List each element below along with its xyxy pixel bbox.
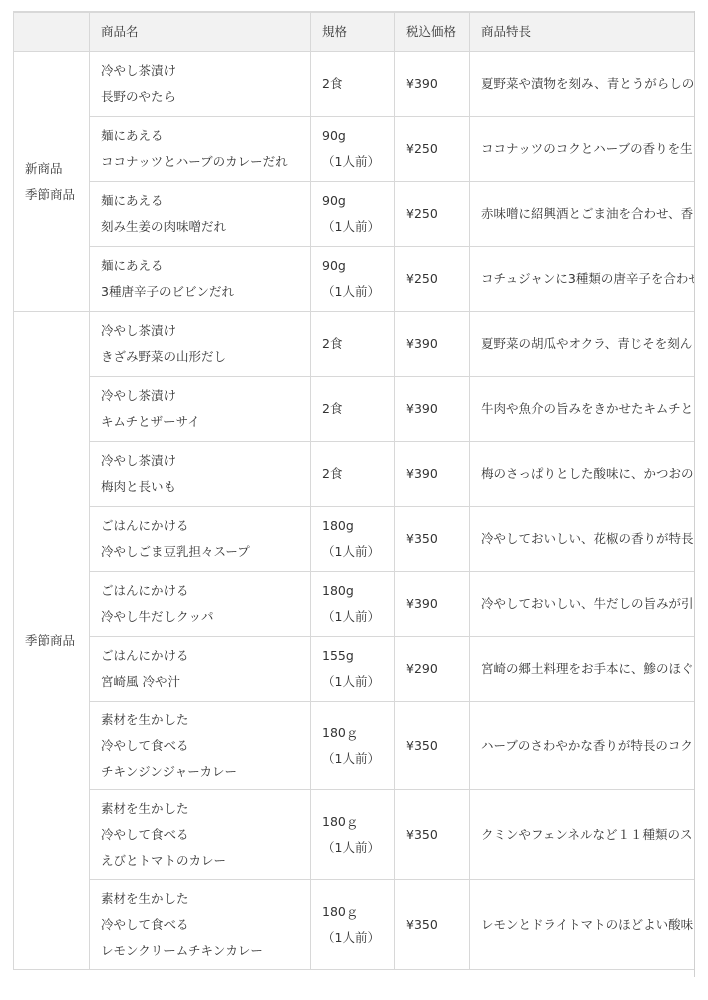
spec-line: 180ｇ	[322, 720, 383, 746]
product-name-line: レモンクリームチキンカレー	[101, 938, 299, 964]
spec-cell: 180g （1人前）	[311, 507, 395, 572]
spec-line: 2食	[322, 461, 383, 487]
spec-line: 155g	[322, 643, 383, 669]
price-cell: ¥250	[395, 247, 470, 312]
product-name-line: 梅肉と長いも	[101, 474, 299, 500]
feature-cell: コチュジャンに3種類の唐辛子を合わせ	[470, 247, 696, 312]
table-row: 新商品 季節商品 冷やし茶漬け 長野のやたら 2食 ¥390 夏野菜や漬物を刻み…	[14, 52, 696, 117]
product-name-line: 冷やして食べる	[101, 733, 299, 759]
spec-line: 90g	[322, 123, 383, 149]
spec-cell: 180ｇ （1人前）	[311, 702, 395, 790]
header-category	[14, 12, 90, 52]
spec-line: 2食	[322, 331, 383, 357]
category-label: 新商品	[25, 156, 78, 182]
product-name-line: ココナッツとハーブのカレーだれ	[101, 149, 299, 175]
product-name-cell: 冷やし茶漬け きざみ野菜の山形だし	[90, 312, 311, 377]
product-name-line: 素材を生かした	[101, 707, 299, 733]
spec-line: 180g	[322, 578, 383, 604]
product-name-line: 素材を生かした	[101, 796, 299, 822]
table-row: 麺にあえる 刻み生姜の肉味噌だれ 90g （1人前） ¥250 赤味噌に紹興酒と…	[14, 182, 696, 247]
spec-line: 2食	[322, 396, 383, 422]
product-name-line: えびとトマトのカレー	[101, 848, 299, 874]
price-cell: ¥250	[395, 117, 470, 182]
price-cell: ¥350	[395, 880, 470, 970]
spec-cell: 155g （1人前）	[311, 637, 395, 702]
product-name-line: 冷やして食べる	[101, 822, 299, 848]
product-name-line: 冷やし茶漬け	[101, 58, 299, 84]
spec-line: 90g	[322, 188, 383, 214]
feature-cell: 梅のさっぱりとした酸味に、かつおの	[470, 442, 696, 507]
spec-cell: 180ｇ （1人前）	[311, 790, 395, 880]
spec-cell: 90g （1人前）	[311, 247, 395, 312]
table-row: ごはんにかける 冷やし牛だしクッパ 180g （1人前） ¥390 冷やしておい…	[14, 572, 696, 637]
category-cell: 新商品 季節商品	[14, 52, 90, 312]
product-name-line: 冷やし茶漬け	[101, 383, 299, 409]
category-label: 季節商品	[25, 182, 78, 208]
table-row: 素材を生かした 冷やして食べる レモンクリームチキンカレー 180ｇ （1人前）…	[14, 880, 696, 970]
product-name-line: チキンジンジャーカレー	[101, 759, 299, 785]
spec-line: （1人前）	[322, 746, 383, 772]
spec-line: （1人前）	[322, 279, 383, 305]
table-row: ごはんにかける 冷やしごま豆乳担々スープ 180g （1人前） ¥350 冷やし…	[14, 507, 696, 572]
spec-cell: 2食	[311, 52, 395, 117]
spec-line: 2食	[322, 71, 383, 97]
spec-cell: 2食	[311, 377, 395, 442]
product-name-cell: 冷やし茶漬け キムチとザーサイ	[90, 377, 311, 442]
product-name-line: 冷やし茶漬け	[101, 448, 299, 474]
product-name-cell: 冷やし茶漬け 長野のやたら	[90, 52, 311, 117]
spec-line: （1人前）	[322, 214, 383, 240]
product-name-line: 冷やし茶漬け	[101, 318, 299, 344]
feature-cell: 夏野菜や漬物を刻み、青とうがらしの	[470, 52, 696, 117]
product-name-cell: 素材を生かした 冷やして食べる えびとトマトのカレー	[90, 790, 311, 880]
spec-cell: 2食	[311, 442, 395, 507]
table-row: 季節商品 冷やし茶漬け きざみ野菜の山形だし 2食 ¥390 夏野菜の胡瓜やオク…	[14, 312, 696, 377]
product-name-line: 刻み生姜の肉味噌だれ	[101, 214, 299, 240]
product-name-line: キムチとザーサイ	[101, 409, 299, 435]
feature-cell: 夏野菜の胡瓜やオクラ、青じそを刻ん	[470, 312, 696, 377]
category-cell: 季節商品	[14, 312, 90, 970]
spec-cell: 2食	[311, 312, 395, 377]
spec-line: （1人前）	[322, 149, 383, 175]
header-price: 税込価格	[395, 12, 470, 52]
product-name-line: 長野のやたら	[101, 84, 299, 110]
product-name-cell: ごはんにかける 冷やしごま豆乳担々スープ	[90, 507, 311, 572]
product-table: 商品名 規格 税込価格 商品特長 新商品 季節商品 冷やし茶漬け 長野のやたら …	[13, 11, 695, 970]
table-row: 素材を生かした 冷やして食べる えびとトマトのカレー 180ｇ （1人前） ¥3…	[14, 790, 696, 880]
product-name-cell: ごはんにかける 冷やし牛だしクッパ	[90, 572, 311, 637]
product-name-cell: 素材を生かした 冷やして食べる チキンジンジャーカレー	[90, 702, 311, 790]
spec-line: 180ｇ	[322, 809, 383, 835]
price-cell: ¥390	[395, 52, 470, 117]
price-cell: ¥390	[395, 442, 470, 507]
table-row: ごはんにかける 宮崎風 冷や汁 155g （1人前） ¥290 宮崎の郷土料理を…	[14, 637, 696, 702]
feature-cell: 宮崎の郷土料理をお手本に、鯵のほぐ	[470, 637, 696, 702]
price-cell: ¥350	[395, 790, 470, 880]
product-table-viewport: 商品名 規格 税込価格 商品特長 新商品 季節商品 冷やし茶漬け 長野のやたら …	[13, 11, 695, 977]
header-features: 商品特長	[470, 12, 696, 52]
price-cell: ¥390	[395, 377, 470, 442]
product-name-line: 麺にあえる	[101, 188, 299, 214]
feature-cell: レモンとドライトマトのほどよい酸味	[470, 880, 696, 970]
product-name-cell: 素材を生かした 冷やして食べる レモンクリームチキンカレー	[90, 880, 311, 970]
price-cell: ¥390	[395, 312, 470, 377]
product-name-line: 麺にあえる	[101, 123, 299, 149]
price-cell: ¥350	[395, 507, 470, 572]
table-row: 素材を生かした 冷やして食べる チキンジンジャーカレー 180ｇ （1人前） ¥…	[14, 702, 696, 790]
spec-cell: 180g （1人前）	[311, 572, 395, 637]
spec-line: （1人前）	[322, 925, 383, 951]
product-name-cell: 麺にあえる ココナッツとハーブのカレーだれ	[90, 117, 311, 182]
product-name-cell: 麺にあえる 刻み生姜の肉味噌だれ	[90, 182, 311, 247]
product-name-line: 宮崎風 冷や汁	[101, 669, 299, 695]
spec-cell: 90g （1人前）	[311, 117, 395, 182]
spec-line: 180g	[322, 513, 383, 539]
spec-line: （1人前）	[322, 835, 383, 861]
feature-cell: 冷やしておいしい、花椒の香りが特長	[470, 507, 696, 572]
product-name-line: 冷やしごま豆乳担々スープ	[101, 539, 299, 565]
product-name-cell: 冷やし茶漬け 梅肉と長いも	[90, 442, 311, 507]
spec-line: （1人前）	[322, 604, 383, 630]
product-name-line: 冷やして食べる	[101, 912, 299, 938]
product-name-line: ごはんにかける	[101, 643, 299, 669]
product-name-line: 素材を生かした	[101, 886, 299, 912]
category-label: 季節商品	[25, 628, 78, 654]
table-header-row: 商品名 規格 税込価格 商品特長	[14, 12, 696, 52]
product-name-cell: 麺にあえる 3種唐辛子のビビンだれ	[90, 247, 311, 312]
feature-cell: ココナッツのコクとハーブの香りを生	[470, 117, 696, 182]
product-name-line: きざみ野菜の山形だし	[101, 344, 299, 370]
header-spec: 規格	[311, 12, 395, 52]
table-row: 麺にあえる 3種唐辛子のビビンだれ 90g （1人前） ¥250 コチュジャンに…	[14, 247, 696, 312]
feature-cell: 冷やしておいしい、牛だしの旨みが引	[470, 572, 696, 637]
spec-cell: 180ｇ （1人前）	[311, 880, 395, 970]
product-name-line: ごはんにかける	[101, 513, 299, 539]
price-cell: ¥250	[395, 182, 470, 247]
product-name-line: ごはんにかける	[101, 578, 299, 604]
feature-cell: 赤味噌に紹興酒とごま油を合わせ、香	[470, 182, 696, 247]
product-name-line: 冷やし牛だしクッパ	[101, 604, 299, 630]
product-name-cell: ごはんにかける 宮崎風 冷や汁	[90, 637, 311, 702]
table-row: 冷やし茶漬け 梅肉と長いも 2食 ¥390 梅のさっぱりとした酸味に、かつおの	[14, 442, 696, 507]
product-name-line: 3種唐辛子のビビンだれ	[101, 279, 299, 305]
product-name-line: 麺にあえる	[101, 253, 299, 279]
price-cell: ¥290	[395, 637, 470, 702]
feature-cell: ハーブのさわやかな香りが特長のコク	[470, 702, 696, 790]
price-cell: ¥390	[395, 572, 470, 637]
spec-line: （1人前）	[322, 669, 383, 695]
spec-cell: 90g （1人前）	[311, 182, 395, 247]
spec-line: 90g	[322, 253, 383, 279]
table-row: 冷やし茶漬け キムチとザーサイ 2食 ¥390 牛肉や魚介の旨みをきかせたキムチ…	[14, 377, 696, 442]
header-product-name: 商品名	[90, 12, 311, 52]
spec-line: （1人前）	[322, 539, 383, 565]
feature-cell: 牛肉や魚介の旨みをきかせたキムチと	[470, 377, 696, 442]
feature-cell: クミンやフェンネルなど１１種類のス	[470, 790, 696, 880]
price-cell: ¥350	[395, 702, 470, 790]
spec-line: 180ｇ	[322, 899, 383, 925]
table-row: 麺にあえる ココナッツとハーブのカレーだれ 90g （1人前） ¥250 ココナ…	[14, 117, 696, 182]
